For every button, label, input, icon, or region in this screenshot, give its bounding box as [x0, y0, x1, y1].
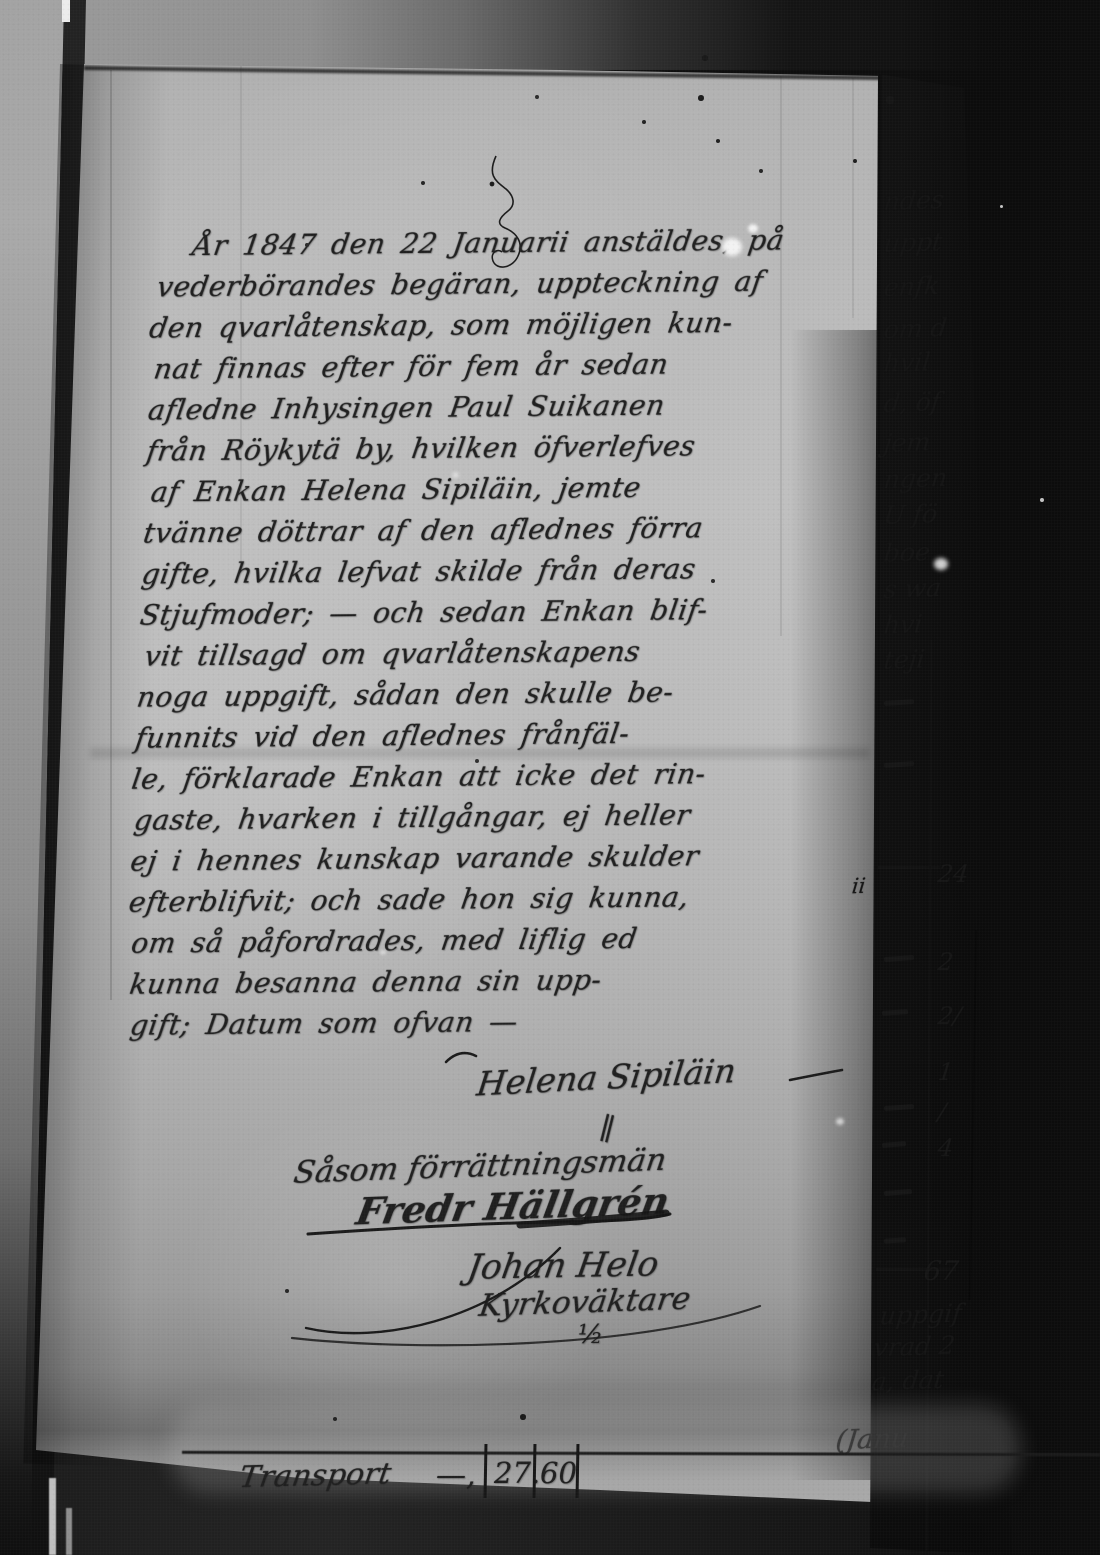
film-white-speck	[1000, 205, 1003, 208]
film-clip-bottom	[66, 1508, 72, 1555]
film-white-speck	[722, 238, 742, 256]
film-white-speck	[748, 224, 758, 233]
film-white-speck	[836, 1118, 844, 1125]
film-clip-bottom	[49, 1478, 56, 1555]
film-white-speck	[380, 950, 386, 955]
transport-cents: 60	[540, 1456, 577, 1490]
microfilm-frame: ndes uppt enfk om d hvil d, öf jem ngen …	[0, 0, 1100, 1555]
film-white-speck	[452, 472, 459, 478]
transport-dash: —,	[436, 1458, 476, 1493]
pen-flourishes	[0, 0, 1100, 1555]
film-white-speck	[934, 558, 948, 570]
film-white-speck	[1040, 498, 1044, 502]
film-clip-top	[62, 0, 70, 22]
ink-specks	[0, 0, 2, 2]
transport-label: Transport	[237, 1456, 394, 1495]
